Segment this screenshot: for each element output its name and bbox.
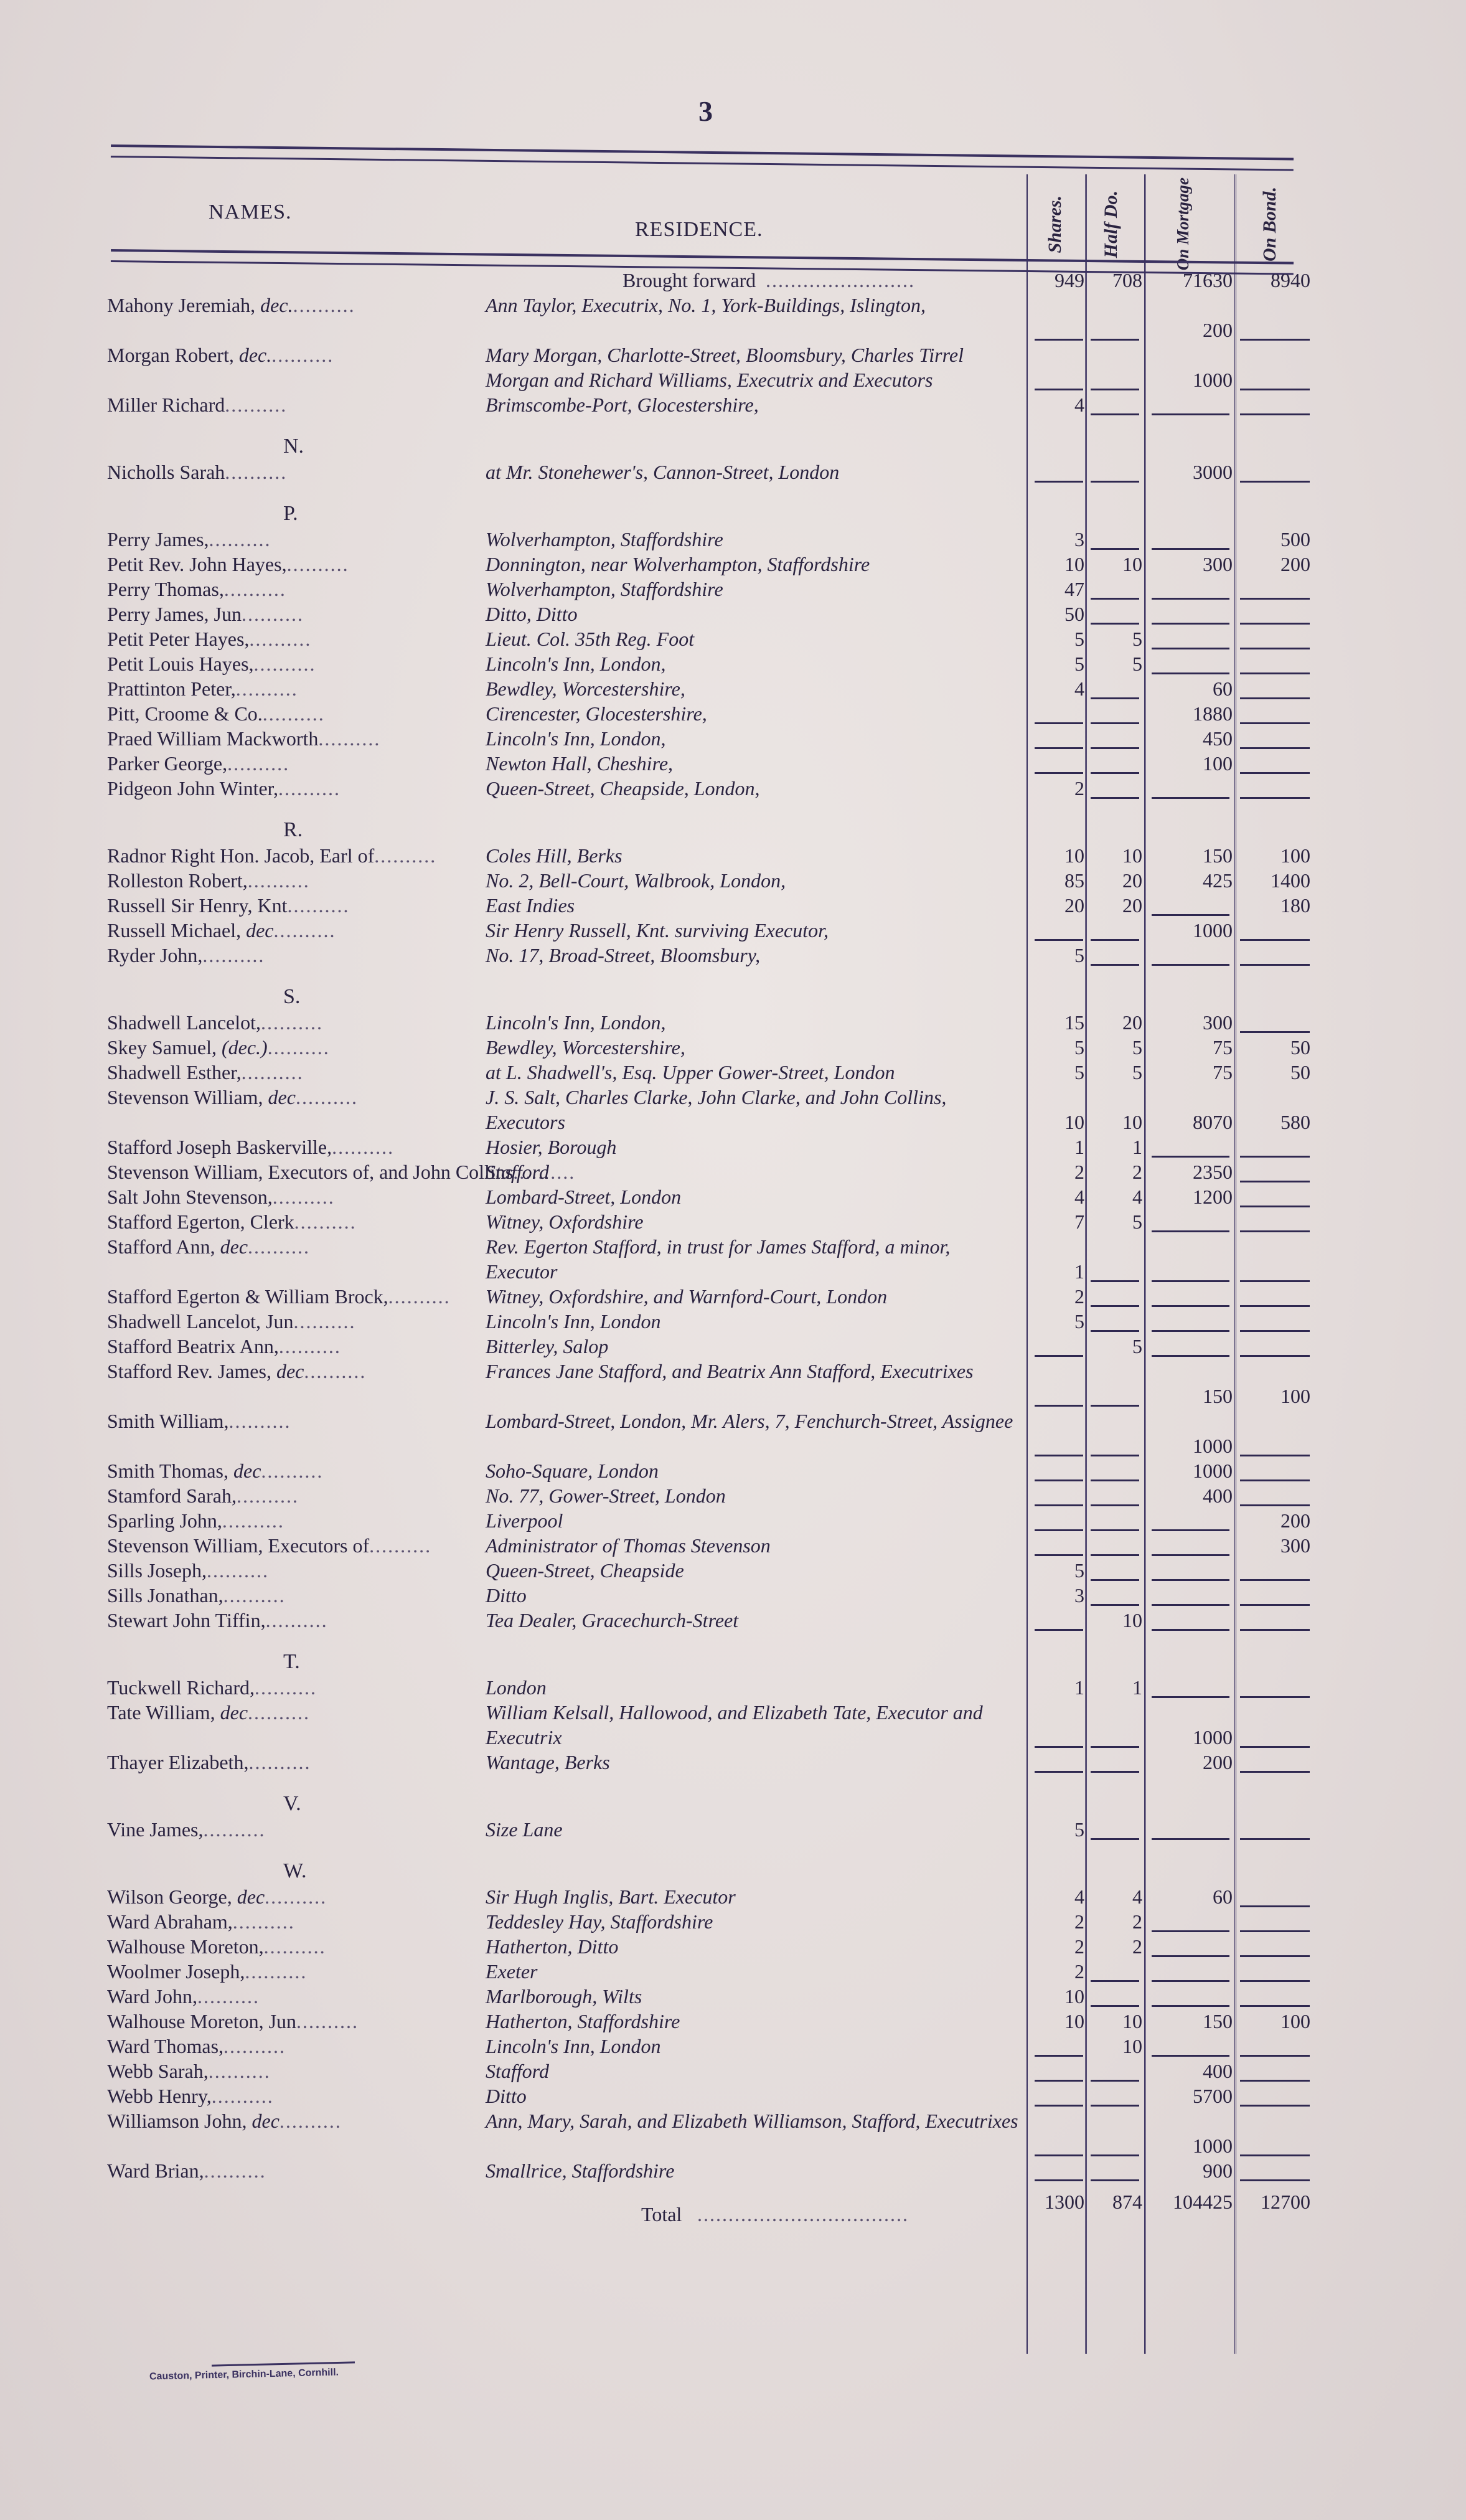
bond-brought-forward: 8940 — [1236, 268, 1310, 293]
table-row: Smith Thomas, dec..........Soho-Square, … — [0, 1458, 1466, 1483]
empty-cell-dash — [1035, 2105, 1083, 2107]
table-row: Stafford Beatrix Ann,..........Bitterley… — [0, 1334, 1466, 1359]
amount-cells: 1520300 — [0, 1010, 1466, 1035]
empty-cell-dash — [1240, 413, 1310, 415]
empty-cell-dash — [1240, 2105, 1310, 2107]
amount-cells: 85204251400 — [0, 868, 1466, 893]
shares-value: 2 — [1028, 1909, 1084, 1934]
subscriber-name: Stafford Rev. James, dec.......... — [107, 1359, 366, 1384]
leader-dots: .......... — [228, 1410, 291, 1432]
empty-cell-dash — [1152, 1604, 1229, 1606]
empty-cell-dash — [1091, 1504, 1139, 1506]
bond-value: 50 — [1236, 1060, 1310, 1085]
bond-value: 1400 — [1236, 868, 1310, 893]
amount-cells: 200 — [0, 318, 1466, 342]
empty-cell-dash — [1152, 1330, 1229, 1332]
table-row: Rolleston Robert,..........No. 2, Bell-C… — [0, 868, 1466, 893]
table-row: Ward Thomas,..........Lincoln's Inn, Lon… — [0, 2034, 1466, 2059]
table-row: Stevenson William, Executors of.........… — [0, 1533, 1466, 1558]
amount-cells: 2 — [0, 1284, 1466, 1309]
bond-value: 200 — [1236, 552, 1310, 577]
table-row: Stafford Joseph Baskerville,..........Ho… — [0, 1135, 1466, 1159]
empty-cell-dash — [1091, 772, 1139, 774]
table-row: Russell Sir Henry, Knt..........East Ind… — [0, 893, 1466, 918]
empty-cell-dash — [1152, 1355, 1229, 1357]
shares-value: 10 — [1028, 552, 1084, 577]
empty-cell-dash — [1240, 2055, 1310, 2057]
section-letter: P. — [283, 502, 298, 526]
mortgage-value: 400 — [1145, 1483, 1233, 1508]
table-row: Radnor Right Hon. Jacob, Earl of........… — [0, 843, 1466, 868]
amount-cells: 47 — [0, 577, 1466, 602]
shares-value: 3 — [1028, 1583, 1084, 1608]
empty-cell-dash — [1240, 747, 1310, 749]
empty-cell-dash — [1035, 1455, 1083, 1456]
shares-value: 5 — [1028, 943, 1084, 968]
empty-cell-dash — [1091, 1330, 1139, 1332]
amount-cells: 11 — [0, 1675, 1466, 1700]
half-value: 10 — [1086, 1608, 1142, 1633]
table-row: Sills Joseph,..........Queen-Street, Che… — [0, 1558, 1466, 1583]
empty-cell-dash — [1035, 1629, 1083, 1631]
table-row: Parker George,..........Newton Hall, Che… — [0, 751, 1466, 776]
empty-cell-dash — [1091, 2005, 1139, 2007]
half-total: 874 — [1086, 2189, 1142, 2214]
amount-cells: 3000 — [0, 460, 1466, 484]
amount-cells: 5700 — [0, 2083, 1466, 2108]
shares-value: 20 — [1028, 893, 1084, 918]
table-row: Perry James, Jun..........Ditto, Ditto50 — [0, 602, 1466, 626]
empty-cell-dash — [1240, 1280, 1310, 1282]
printer-imprint: Causton, Printer, Birchin-Lane, Cornhill… — [149, 2367, 339, 2383]
empty-cell-dash — [1091, 939, 1139, 941]
leader-dots: .......... — [271, 344, 334, 366]
empty-cell-dash — [1240, 1696, 1310, 1698]
mortgage-total: 104425 — [1145, 2189, 1233, 2214]
shares-value: 1 — [1028, 1135, 1084, 1159]
empty-cell-dash — [1240, 1604, 1310, 1606]
shares-value: 1 — [1028, 1259, 1084, 1284]
table-row: Prattinton Peter,..........Bewdley, Worc… — [0, 676, 1466, 701]
shares-value: 5 — [1028, 626, 1084, 651]
empty-cell-dash — [1240, 1455, 1310, 1456]
shares-value: 10 — [1028, 2009, 1084, 2034]
imprint-rule — [212, 2361, 355, 2366]
empty-cell-dash — [1091, 339, 1139, 341]
empty-cell-dash — [1091, 1554, 1139, 1556]
empty-cell-dash — [1091, 1746, 1139, 1748]
shares-value: 4 — [1028, 392, 1084, 417]
mortgage-value: 1000 — [1145, 918, 1233, 943]
half-value: 10 — [1086, 2009, 1142, 2034]
table-row: Webb Henry,..........Ditto5700 — [0, 2083, 1466, 2108]
empty-cell-dash — [1152, 1629, 1229, 1631]
mortgage-value: 150 — [1145, 1384, 1233, 1409]
empty-cell-dash — [1035, 2080, 1083, 2082]
amount-cells: 2 — [0, 776, 1466, 801]
section-letter: W. — [283, 1859, 306, 1883]
half-value: 5 — [1086, 626, 1142, 651]
table-row: Stevenson William, Executors of, and Joh… — [0, 1159, 1466, 1184]
amount-cells: 10 — [0, 2034, 1466, 2059]
empty-cell-dash — [1091, 964, 1139, 966]
shares-value: 1 — [1028, 1675, 1084, 1700]
table-row: Stafford Egerton & William Brock,.......… — [0, 1284, 1466, 1309]
subscriber-name: Smith William,.......... — [107, 1409, 291, 1433]
empty-cell-dash — [1240, 1031, 1310, 1033]
amount-cells: 441200 — [0, 1184, 1466, 1209]
mortgage-value: 1000 — [1145, 367, 1233, 392]
half-value: 10 — [1086, 552, 1142, 577]
mortgage-value: 1000 — [1145, 1725, 1233, 1750]
mortgage-value: 900 — [1145, 2158, 1233, 2183]
leader-dots: .......... — [248, 1235, 310, 1258]
empty-cell-dash — [1152, 1305, 1229, 1307]
subscriber-name: Williamson John, dec.......... — [107, 2108, 342, 2133]
table-row: Skey Samuel, (dec.)..........Bewdley, Wo… — [0, 1035, 1466, 1060]
table-row: Vine James,..........Size Lane5 — [0, 1817, 1466, 1842]
shares-total: 1300 — [1028, 2189, 1084, 2214]
amount-cells: 55 — [0, 626, 1466, 651]
mortgage-value: 8070 — [1145, 1110, 1233, 1135]
section-letter: S. — [283, 985, 300, 1009]
amount-cells: 400 — [0, 2059, 1466, 2083]
empty-cell-dash — [1240, 1156, 1310, 1158]
shares-value: 5 — [1028, 651, 1084, 676]
empty-cell-dash — [1091, 697, 1139, 699]
empty-cell-dash — [1240, 2005, 1310, 2007]
table-row: Stafford Egerton, Clerk..........Witney,… — [0, 1209, 1466, 1234]
half-value: 10 — [1086, 1110, 1142, 1135]
leader-dots: .......... — [304, 1360, 366, 1382]
table-row: Shadwell Lancelot,..........Lincoln's In… — [0, 1010, 1466, 1035]
empty-cell-dash — [1091, 481, 1139, 483]
deceased-note: dec — [220, 1701, 248, 1724]
subscriber-name: Stevenson William, dec.......... — [107, 1085, 358, 1110]
amount-cells: 1000 — [0, 2133, 1466, 2158]
table-row: Mahony Jeremiah, dec...........Ann Taylo… — [0, 293, 1466, 342]
empty-cell-dash — [1035, 339, 1083, 341]
amount-cells: 1000 — [0, 1433, 1466, 1458]
table-row: Perry James,..........Wolverhampton, Sta… — [0, 527, 1466, 552]
empty-cell-dash — [1091, 747, 1139, 749]
name-text: Stafford Rev. James, — [107, 1360, 271, 1382]
amount-cells: 5 — [0, 1817, 1466, 1842]
amount-cells: 3500 — [0, 527, 1466, 552]
bond-value: 100 — [1236, 843, 1310, 868]
half-value: 20 — [1086, 868, 1142, 893]
empty-cell-dash — [1091, 2080, 1139, 2082]
shares-value: 85 — [1028, 868, 1084, 893]
empty-cell-dash — [1152, 2005, 1229, 2007]
amount-cells: 900 — [0, 2158, 1466, 2183]
deceased-note: dec. — [239, 344, 271, 366]
shares-value: 5 — [1028, 1817, 1084, 1842]
table-row: Walhouse Moreton, Jun..........Hatherton… — [0, 2009, 1466, 2034]
amount-cells: 557550 — [0, 1035, 1466, 1060]
amount-cells: 300 — [0, 1533, 1466, 1558]
empty-cell-dash — [1240, 1355, 1310, 1357]
table-row: Stafford Rev. James, dec..........France… — [0, 1359, 1466, 1409]
shares-value: 2 — [1028, 1284, 1084, 1309]
shares-value: 2 — [1028, 1159, 1084, 1184]
deceased-note: dec — [268, 1086, 296, 1108]
name-text: Smith William, — [107, 1410, 228, 1432]
empty-cell-dash — [1240, 1955, 1310, 1957]
table-row: Nicholls Sarah..........at Mr. Stonehewe… — [0, 460, 1466, 484]
table-row: Williamson John, dec..........Ann, Mary,… — [0, 2108, 1466, 2158]
leader-dots: .................................. — [697, 2202, 909, 2227]
residence: Ann Taylor, Executrix, No. 1, York-Build… — [486, 293, 1021, 318]
table-row: Shadwell Lancelot, Jun..........Lincoln'… — [0, 1309, 1466, 1334]
table-row: Petit Peter Hayes,..........Lieut. Col. … — [0, 626, 1466, 651]
bond-value: 100 — [1236, 1384, 1310, 1409]
amount-cells: 1010150100 — [0, 843, 1466, 868]
table-row: Woolmer Joseph,..........Exeter2 — [0, 1959, 1466, 1984]
brought-forward-row: Brought forward........................9… — [0, 268, 1466, 293]
deceased-note: dec. — [260, 294, 293, 316]
empty-cell-dash — [1035, 1355, 1083, 1357]
shares-value: 7 — [1028, 1209, 1084, 1234]
empty-cell-dash — [1152, 1696, 1229, 1698]
amount-cells: 5 — [0, 1334, 1466, 1359]
table-row: Praed William Mackworth..........Lincoln… — [0, 726, 1466, 751]
amount-cells: 50 — [0, 602, 1466, 626]
shares-value: 50 — [1028, 602, 1084, 626]
table-row: Ward Brian,..........Smallrice, Stafford… — [0, 2158, 1466, 2183]
leader-dots: .......... — [293, 294, 355, 316]
section-letter: R. — [283, 818, 303, 842]
mortgage-value: 400 — [1145, 2059, 1233, 2083]
empty-cell-dash — [1152, 648, 1229, 649]
mortgage-value: 1880 — [1145, 701, 1233, 726]
residence: Ann, Mary, Sarah, and Elizabeth Williams… — [486, 2108, 1021, 2133]
mortgage-value: 150 — [1145, 2009, 1233, 2034]
mortgage-value: 150 — [1145, 843, 1233, 868]
names-column-header: NAMES. — [209, 201, 292, 224]
table-row: Petit Rev. John Hayes,..........Donningt… — [0, 552, 1466, 577]
section-letter: N. — [283, 435, 304, 458]
mortgage-value: 1000 — [1145, 2133, 1233, 2158]
name-text: Morgan Robert, — [107, 344, 234, 366]
empty-cell-dash — [1091, 1405, 1139, 1407]
empty-cell-dash — [1240, 1206, 1310, 1207]
empty-cell-dash — [1152, 1955, 1229, 1957]
subscriber-name: Tate William, dec.......... — [107, 1700, 310, 1725]
empty-cell-dash — [1240, 697, 1310, 699]
amount-cells: 5 — [0, 1309, 1466, 1334]
name-text: Tate William, — [107, 1701, 215, 1724]
amount-cells: 22 — [0, 1934, 1466, 1959]
table-row: Ward John,..........Marlborough, Wilts10 — [0, 1984, 1466, 2009]
amount-cells: 22 — [0, 1909, 1466, 1934]
empty-cell-dash — [1240, 1838, 1310, 1840]
half-value: 2 — [1086, 1159, 1142, 1184]
empty-cell-dash — [1035, 939, 1083, 941]
empty-cell-dash — [1240, 797, 1310, 799]
amount-cells: 222350 — [0, 1159, 1466, 1184]
table-row: Pitt, Croome & Co...........Cirencester,… — [0, 701, 1466, 726]
amount-cells: 200 — [0, 1750, 1466, 1775]
table-row: Tate William, dec..........William Kelsa… — [0, 1700, 1466, 1750]
empty-cell-dash — [1091, 2154, 1139, 2156]
bond-value: 50 — [1236, 1035, 1310, 1060]
table-row: Sparling John,..........Liverpool200 — [0, 1508, 1466, 1533]
half-value: 20 — [1086, 893, 1142, 918]
amount-cells: 150100 — [0, 1384, 1466, 1409]
table-row: Miller Richard..........Brimscombe-Port,… — [0, 392, 1466, 417]
bond-value: 500 — [1236, 527, 1310, 552]
amount-cells: 200 — [0, 1508, 1466, 1533]
mortgage-brought-forward: 71630 — [1145, 268, 1233, 293]
amount-cells: 400 — [0, 1483, 1466, 1508]
shares-value: 2 — [1028, 1934, 1084, 1959]
empty-cell-dash — [1240, 623, 1310, 625]
subscriber-name: Morgan Robert, dec........... — [107, 342, 334, 367]
table-row: Pidgeon John Winter,..........Queen-Stre… — [0, 776, 1466, 801]
empty-cell-dash — [1091, 797, 1139, 799]
empty-cell-dash — [1240, 1330, 1310, 1332]
amount-cells: 2020180 — [0, 893, 1466, 918]
half-value: 1 — [1086, 1135, 1142, 1159]
empty-cell-dash — [1091, 1529, 1139, 1531]
empty-cell-dash — [1240, 1479, 1310, 1481]
mortgage-value: 450 — [1145, 726, 1233, 751]
amount-cells: 557550 — [0, 1060, 1466, 1085]
leader-dots: .......... — [280, 2110, 342, 2132]
amount-cells: 11 — [0, 1135, 1466, 1159]
bond-column-header: On Bond. — [1251, 181, 1289, 268]
table-row: Thayer Elizabeth,..........Wantage, Berk… — [0, 1750, 1466, 1775]
empty-cell-dash — [1035, 1405, 1083, 1407]
empty-cell-dash — [1240, 2080, 1310, 2082]
amount-cells: 3 — [0, 1583, 1466, 1608]
half-value: 5 — [1086, 1334, 1142, 1359]
empty-cell-dash — [1152, 797, 1229, 799]
half-value: 2 — [1086, 1909, 1142, 1934]
table-row: Stewart John Tiffin,..........Tea Dealer… — [0, 1608, 1466, 1633]
empty-cell-dash — [1035, 1554, 1083, 1556]
half-value: 1 — [1086, 1675, 1142, 1700]
amount-cells: 2 — [0, 1959, 1466, 1984]
shares-value: 10 — [1028, 1110, 1084, 1135]
empty-cell-dash — [1035, 2179, 1083, 2181]
amount-cells: 55 — [0, 651, 1466, 676]
amount-cells: 1010150100 — [0, 2009, 1466, 2034]
half-value: 2 — [1086, 1934, 1142, 1959]
mortgage-value: 75 — [1145, 1035, 1233, 1060]
empty-cell-dash — [1240, 1504, 1310, 1506]
header-top-rule — [111, 144, 1294, 171]
mortgage-value: 75 — [1145, 1060, 1233, 1085]
table-row: Walhouse Moreton,..........Hatherton, Di… — [0, 1934, 1466, 1959]
table-row: Shadwell Esther,..........at L. Shadwell… — [0, 1060, 1466, 1085]
amount-cells: 1000 — [0, 1458, 1466, 1483]
shares-value: 15 — [1028, 1010, 1084, 1035]
amount-cells: 1000 — [0, 1725, 1466, 1750]
amount-cells: 10 — [0, 1608, 1466, 1633]
half-value: 4 — [1086, 1184, 1142, 1209]
shares-value: 3 — [1028, 527, 1084, 552]
bond-value: 100 — [1236, 2009, 1310, 2034]
shares-value: 4 — [1028, 676, 1084, 701]
half-value: 5 — [1086, 651, 1142, 676]
amount-cells: 5 — [0, 1558, 1466, 1583]
table-row: Ryder John,..........No. 17, Broad-Stree… — [0, 943, 1466, 968]
amount-cells: 1000 — [0, 367, 1466, 392]
empty-cell-dash — [1091, 1980, 1139, 1982]
residence-column-header: RESIDENCE. — [635, 218, 763, 242]
empty-cell-dash — [1152, 413, 1229, 415]
amount-cells: 75 — [0, 1209, 1466, 1234]
empty-cell-dash — [1240, 648, 1310, 649]
empty-cell-dash — [1035, 389, 1083, 390]
total-label: Total — [641, 2202, 682, 2227]
amount-cells: 450 — [0, 726, 1466, 751]
amount-cells: 1010300200 — [0, 552, 1466, 577]
empty-cell-dash — [1091, 722, 1139, 724]
empty-cell-dash — [1240, 722, 1310, 724]
empty-cell-dash — [1091, 1604, 1139, 1606]
mortgage-value: 1000 — [1145, 1458, 1233, 1483]
half-value: 5 — [1086, 1209, 1142, 1234]
shares-value: 5 — [1028, 1309, 1084, 1334]
shares-value: 5 — [1028, 1035, 1084, 1060]
empty-cell-dash — [1240, 1771, 1310, 1773]
shares-value: 4 — [1028, 1184, 1084, 1209]
empty-cell-dash — [1035, 1529, 1083, 1531]
mortgage-value: 60 — [1145, 1884, 1233, 1909]
bond-total: 12700 — [1236, 2189, 1310, 2214]
empty-cell-dash — [1035, 1504, 1083, 1506]
empty-cell-dash — [1240, 672, 1310, 674]
empty-cell-dash — [1152, 672, 1229, 674]
table-row: Stafford Ann, dec..........Rev. Egerton … — [0, 1234, 1466, 1284]
empty-cell-dash — [1035, 1771, 1083, 1773]
empty-cell-dash — [1091, 1771, 1139, 1773]
ledger-page: 3 NAMES. RESIDENCE. Shares. Half Do. On … — [0, 0, 1466, 2520]
mortgage-value: 200 — [1145, 318, 1233, 342]
amount-cells: 10 — [0, 1984, 1466, 2009]
empty-cell-dash — [1091, 2105, 1139, 2107]
mortgage-value: 100 — [1145, 751, 1233, 776]
section-letter: V. — [283, 1792, 301, 1816]
empty-cell-dash — [1240, 598, 1310, 600]
empty-cell-dash — [1240, 1230, 1310, 1232]
empty-cell-dash — [1091, 1280, 1139, 1282]
empty-cell-dash — [1035, 772, 1083, 774]
empty-cell-dash — [1035, 481, 1083, 483]
empty-cell-dash — [1091, 1579, 1139, 1581]
mortgage-value: 1000 — [1145, 1433, 1233, 1458]
empty-cell-dash — [1091, 1455, 1139, 1456]
shares-value: 5 — [1028, 1558, 1084, 1583]
half-value: 20 — [1086, 1010, 1142, 1035]
bond-value: 300 — [1236, 1533, 1310, 1558]
empty-cell-dash — [1091, 548, 1139, 550]
empty-cell-dash — [1152, 1156, 1229, 1158]
empty-cell-dash — [1240, 2179, 1310, 2181]
empty-cell-dash — [1152, 1280, 1229, 1282]
table-row: Smith William,..........Lombard-Street, … — [0, 1409, 1466, 1458]
table-row: Tuckwell Richard,..........London11 — [0, 1675, 1466, 1700]
empty-cell-dash — [1035, 722, 1083, 724]
name-text: Stafford Ann, — [107, 1235, 215, 1258]
empty-cell-dash — [1152, 1980, 1229, 1982]
empty-cell-dash — [1152, 623, 1229, 625]
shares-value: 2 — [1028, 1959, 1084, 1984]
empty-cell-dash — [1091, 413, 1139, 415]
